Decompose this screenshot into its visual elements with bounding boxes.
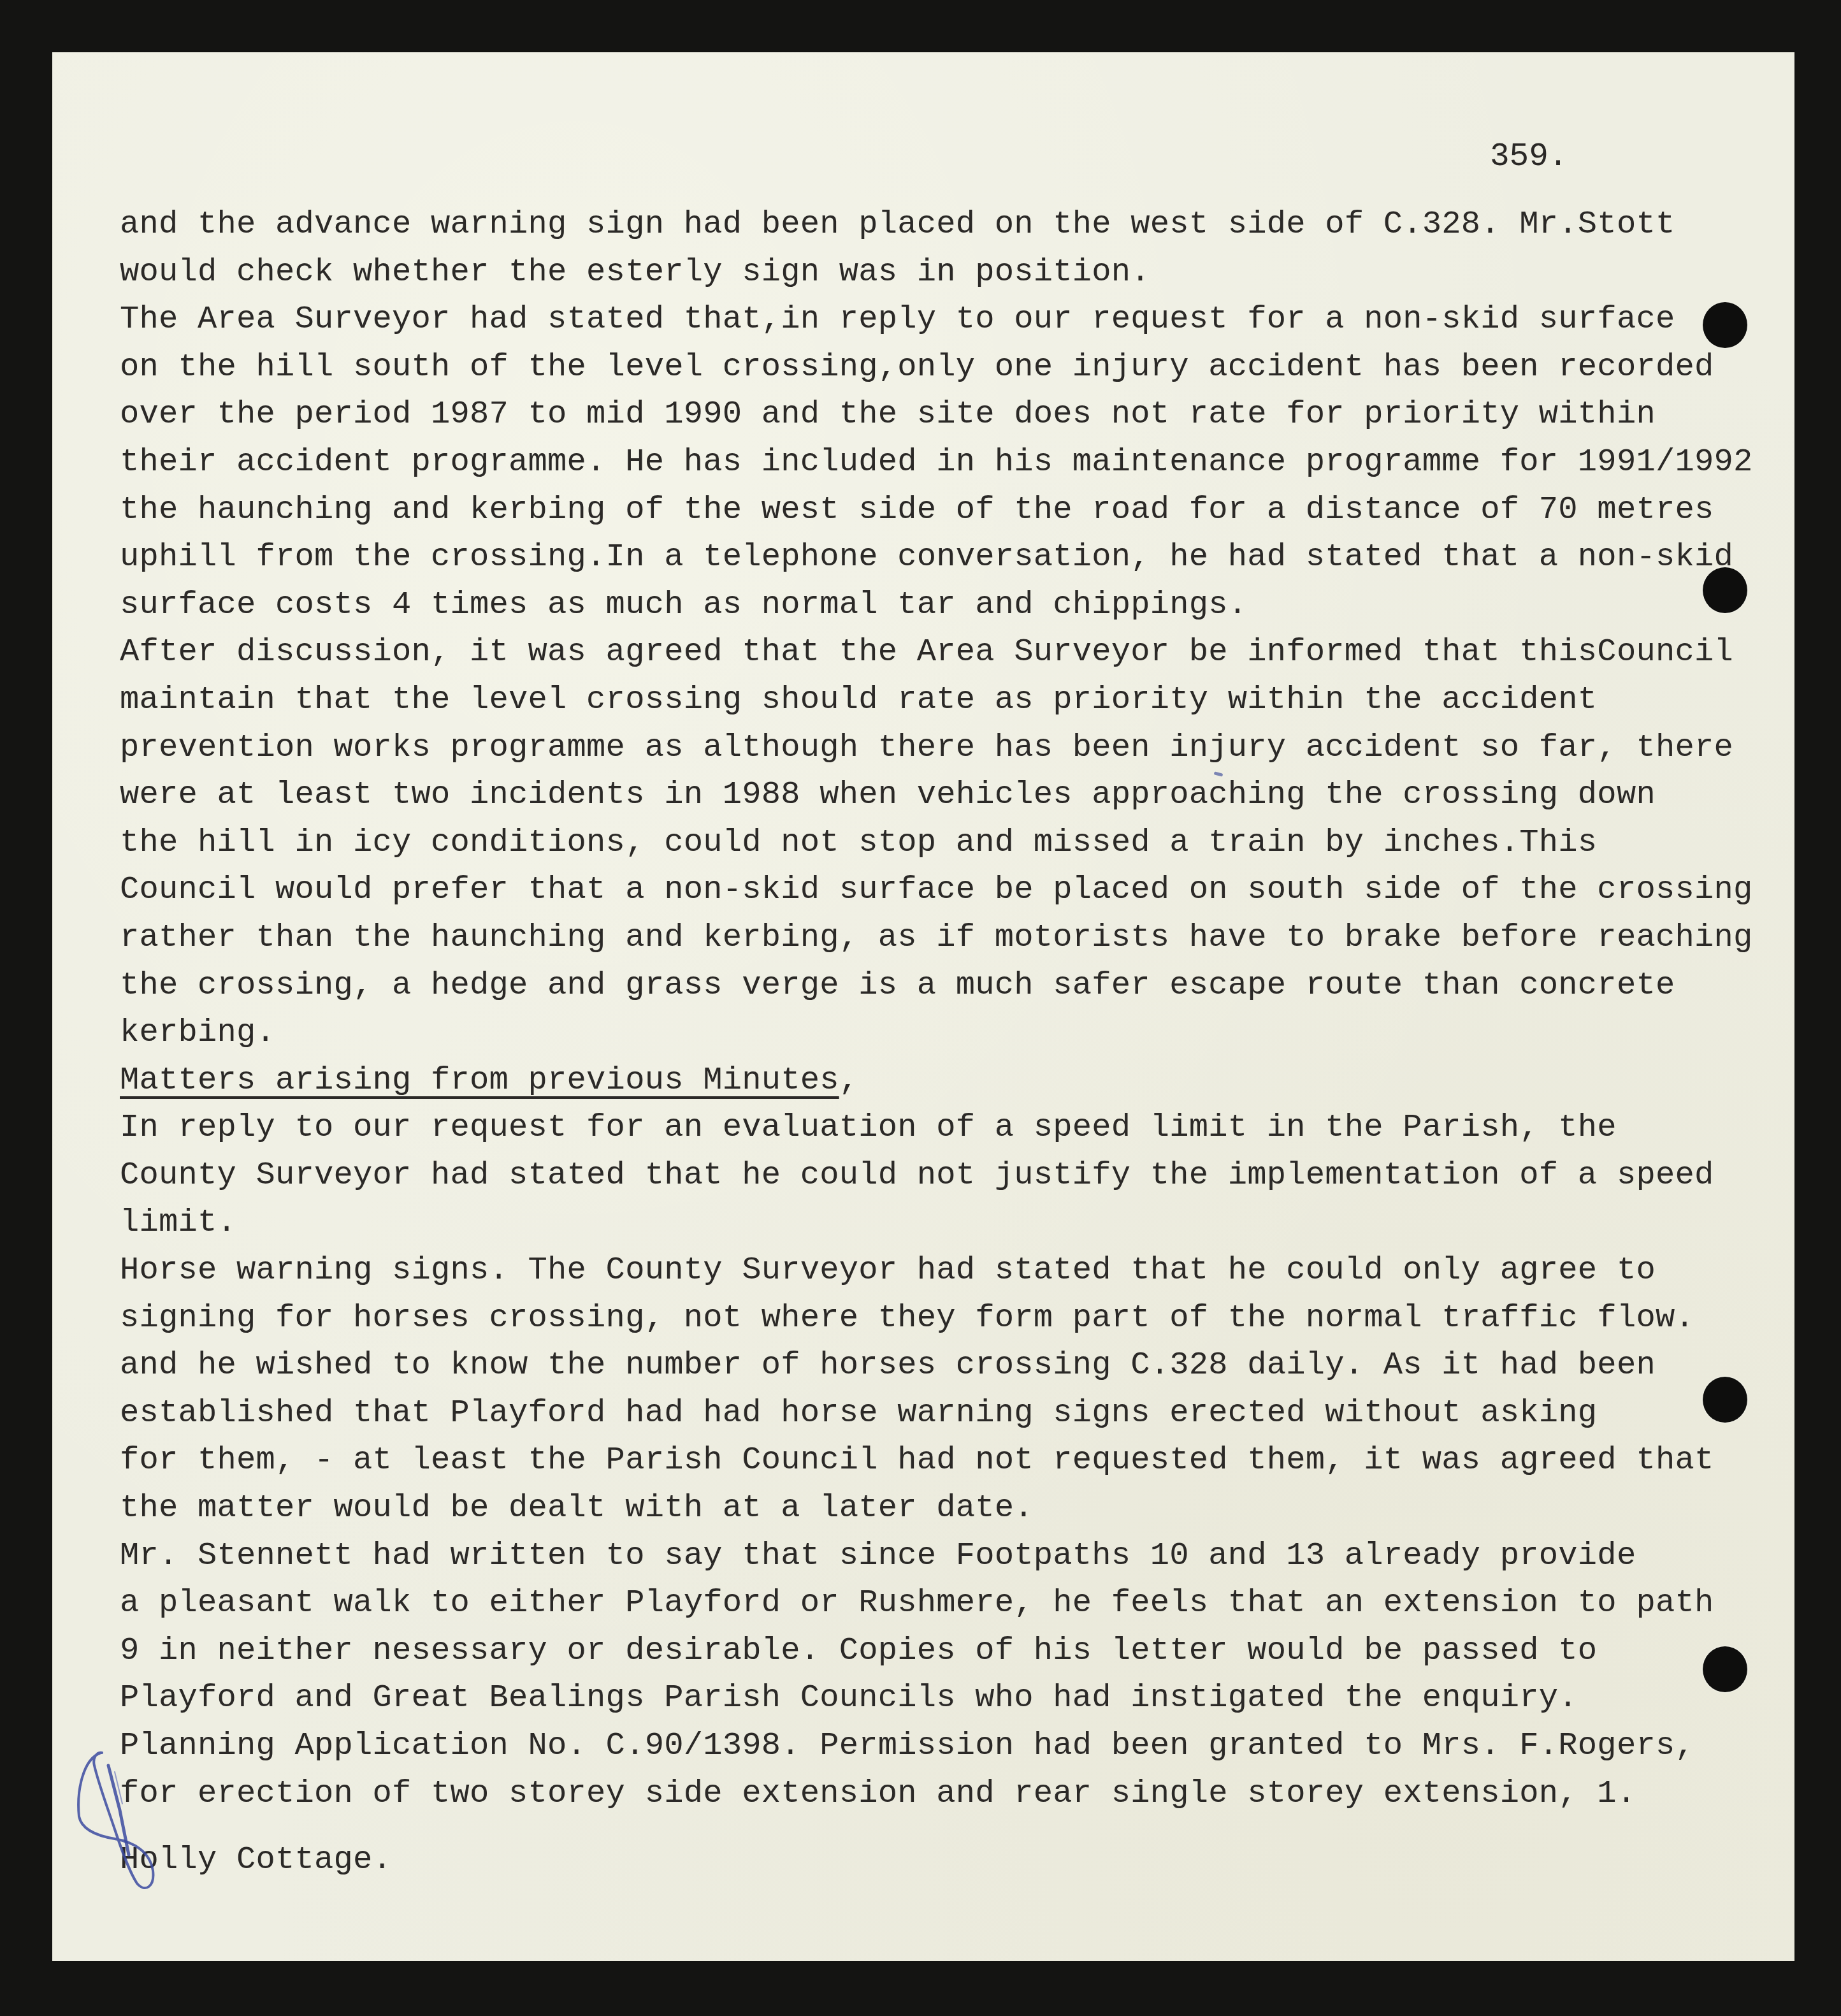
text-line: and the advance warning sign had been pl… [120,201,1751,249]
text-line: surface costs 4 times as much as normal … [120,582,1751,630]
text-line: the haunching and kerbing of the west si… [120,487,1751,535]
text-line: prevention works programme as although t… [120,725,1751,772]
punch-hole-icon [1703,1646,1747,1692]
text-line: a pleasant walk to either Playford or Ru… [120,1580,1751,1628]
text-line: were at least two incidents in 1988 when… [120,772,1751,820]
text-line: established that Playford had had horse … [120,1390,1751,1438]
text-line: the matter would be dealt with at a late… [120,1485,1751,1533]
punch-hole-icon [1703,1377,1747,1423]
text-line: Playford and Great Bealings Parish Counc… [120,1675,1751,1723]
punch-hole-icon [1703,302,1747,348]
text-line: and he wished to know the number of hors… [120,1342,1751,1390]
section-heading-punct: , [839,1062,859,1099]
punch-hole-icon [1703,567,1747,613]
text-line: Holly Cottage. [120,1837,1751,1885]
text-line: would check whether the esterly sign was… [120,249,1751,297]
text-line: Horse warning signs. The County Surveyor… [120,1247,1751,1295]
text-line: for them, - at least the Parish Council … [120,1437,1751,1485]
text-line: In reply to our request for an evaluatio… [120,1105,1751,1152]
document-body: and the advance warning sign had been pl… [120,201,1751,1885]
text-line: over the period 1987 to mid 1990 and the… [120,391,1751,439]
text-line: uphill from the crossing.In a telephone … [120,534,1751,582]
text-line: After discussion, it was agreed that the… [120,629,1751,677]
text-line: Mr. Stennett had written to say that sin… [120,1533,1751,1581]
text-line: Planning Application No. C.90/1398. Perm… [120,1723,1751,1771]
text-line: for erection of two storey side extensio… [120,1771,1751,1818]
text-line: County Surveyor had stated that he could… [120,1152,1751,1200]
text-line: signing for horses crossing, not where t… [120,1295,1751,1343]
page-number: 359. [1490,139,1568,175]
text-line: 9 in neither nesessary or desirable. Cop… [120,1628,1751,1676]
text-line: kerbing. [120,1010,1751,1057]
text-line: Council would prefer that a non-skid sur… [120,867,1751,915]
text-line: The Area Surveyor had stated that,in rep… [120,296,1751,344]
text-line: on the hill south of the level crossing,… [120,344,1751,392]
section-heading-text: Matters arising from previous Minutes [120,1062,839,1099]
section-heading: Matters arising from previous Minutes, [120,1057,1751,1105]
text-line: the crossing, a hedge and grass verge is… [120,962,1751,1010]
text-line: limit. [120,1200,1751,1247]
text-line: the hill in icy conditions, could not st… [120,820,1751,867]
text-line: their accident programme. He has include… [120,439,1751,487]
text-line: rather than the haunching and kerbing, a… [120,915,1751,962]
text-line: maintain that the level crossing should … [120,677,1751,725]
